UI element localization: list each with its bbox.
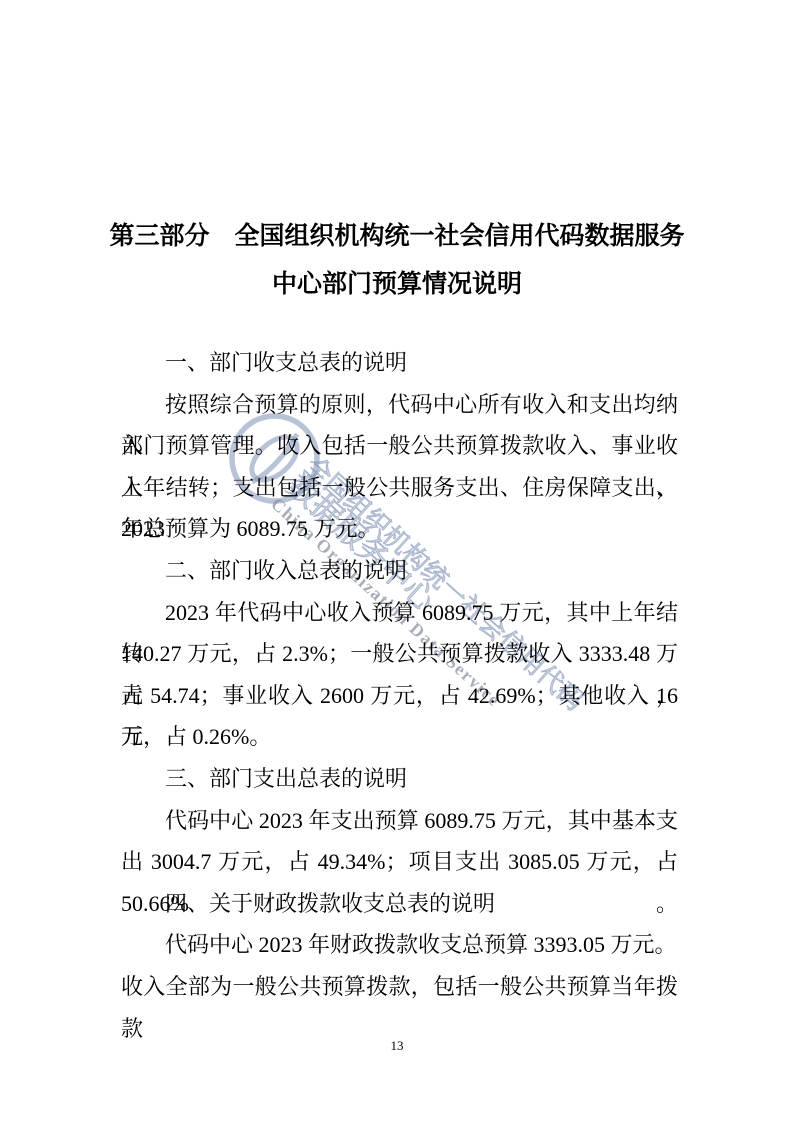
- document-title-line-2: 中心部门预算情况说明: [0, 269, 794, 299]
- body-line: 代码中心 2023 年支出预算 6089.75 万元，其中基本支: [121, 800, 678, 842]
- section-2-heading: 二、部门收入总表的说明: [121, 550, 678, 592]
- body-line: 140.27 万元，占 2.3%；一般公共预算拨款收入 3333.48 万元，: [121, 633, 678, 675]
- body-line: 部门预算管理。收入包括一般公共预算拨款收入、事业收入、: [121, 425, 678, 467]
- body-line: 收入全部为一般公共预算拨款，包括一般公共预算当年拨款: [121, 966, 678, 1008]
- body-line: 占 54.74；事业收入 2600 万元，占 42.69%；其他收入 16 万: [121, 675, 678, 717]
- body-line: 按照综合预算的原则，代码中心所有收入和支出均纳入: [121, 384, 678, 426]
- body-text: 一、部门收支总表的说明 按照综合预算的原则，代码中心所有收入和支出均纳入 部门预…: [121, 342, 678, 1008]
- body-line: 元，占 0.26%。: [121, 716, 678, 758]
- body-line: 年总预算为 6089.75 万元。: [121, 508, 678, 550]
- page-number: 13: [0, 1038, 794, 1054]
- document-page: 全国组织机构统一社会信用代码 数据服务中心 China Organization…: [0, 0, 794, 1123]
- body-line: 出 3004.7 万元，占 49.34%；项目支出 3085.05 万元，占 5…: [121, 841, 678, 883]
- body-line: 上年结转；支出包括一般公共服务支出、住房保障支出，2023: [121, 467, 678, 509]
- body-line: 代码中心 2023 年财政拨款收支总预算 3393.05 万元。: [121, 924, 678, 966]
- document-title-line-1: 第三部分 全国组织机构统一社会信用代码数据服务: [0, 221, 794, 251]
- section-1-heading: 一、部门收支总表的说明: [121, 342, 678, 384]
- body-line: 2023 年代码中心收入预算 6089.75 万元，其中上年结转: [121, 592, 678, 634]
- section-3-heading: 三、部门支出总表的说明: [121, 758, 678, 800]
